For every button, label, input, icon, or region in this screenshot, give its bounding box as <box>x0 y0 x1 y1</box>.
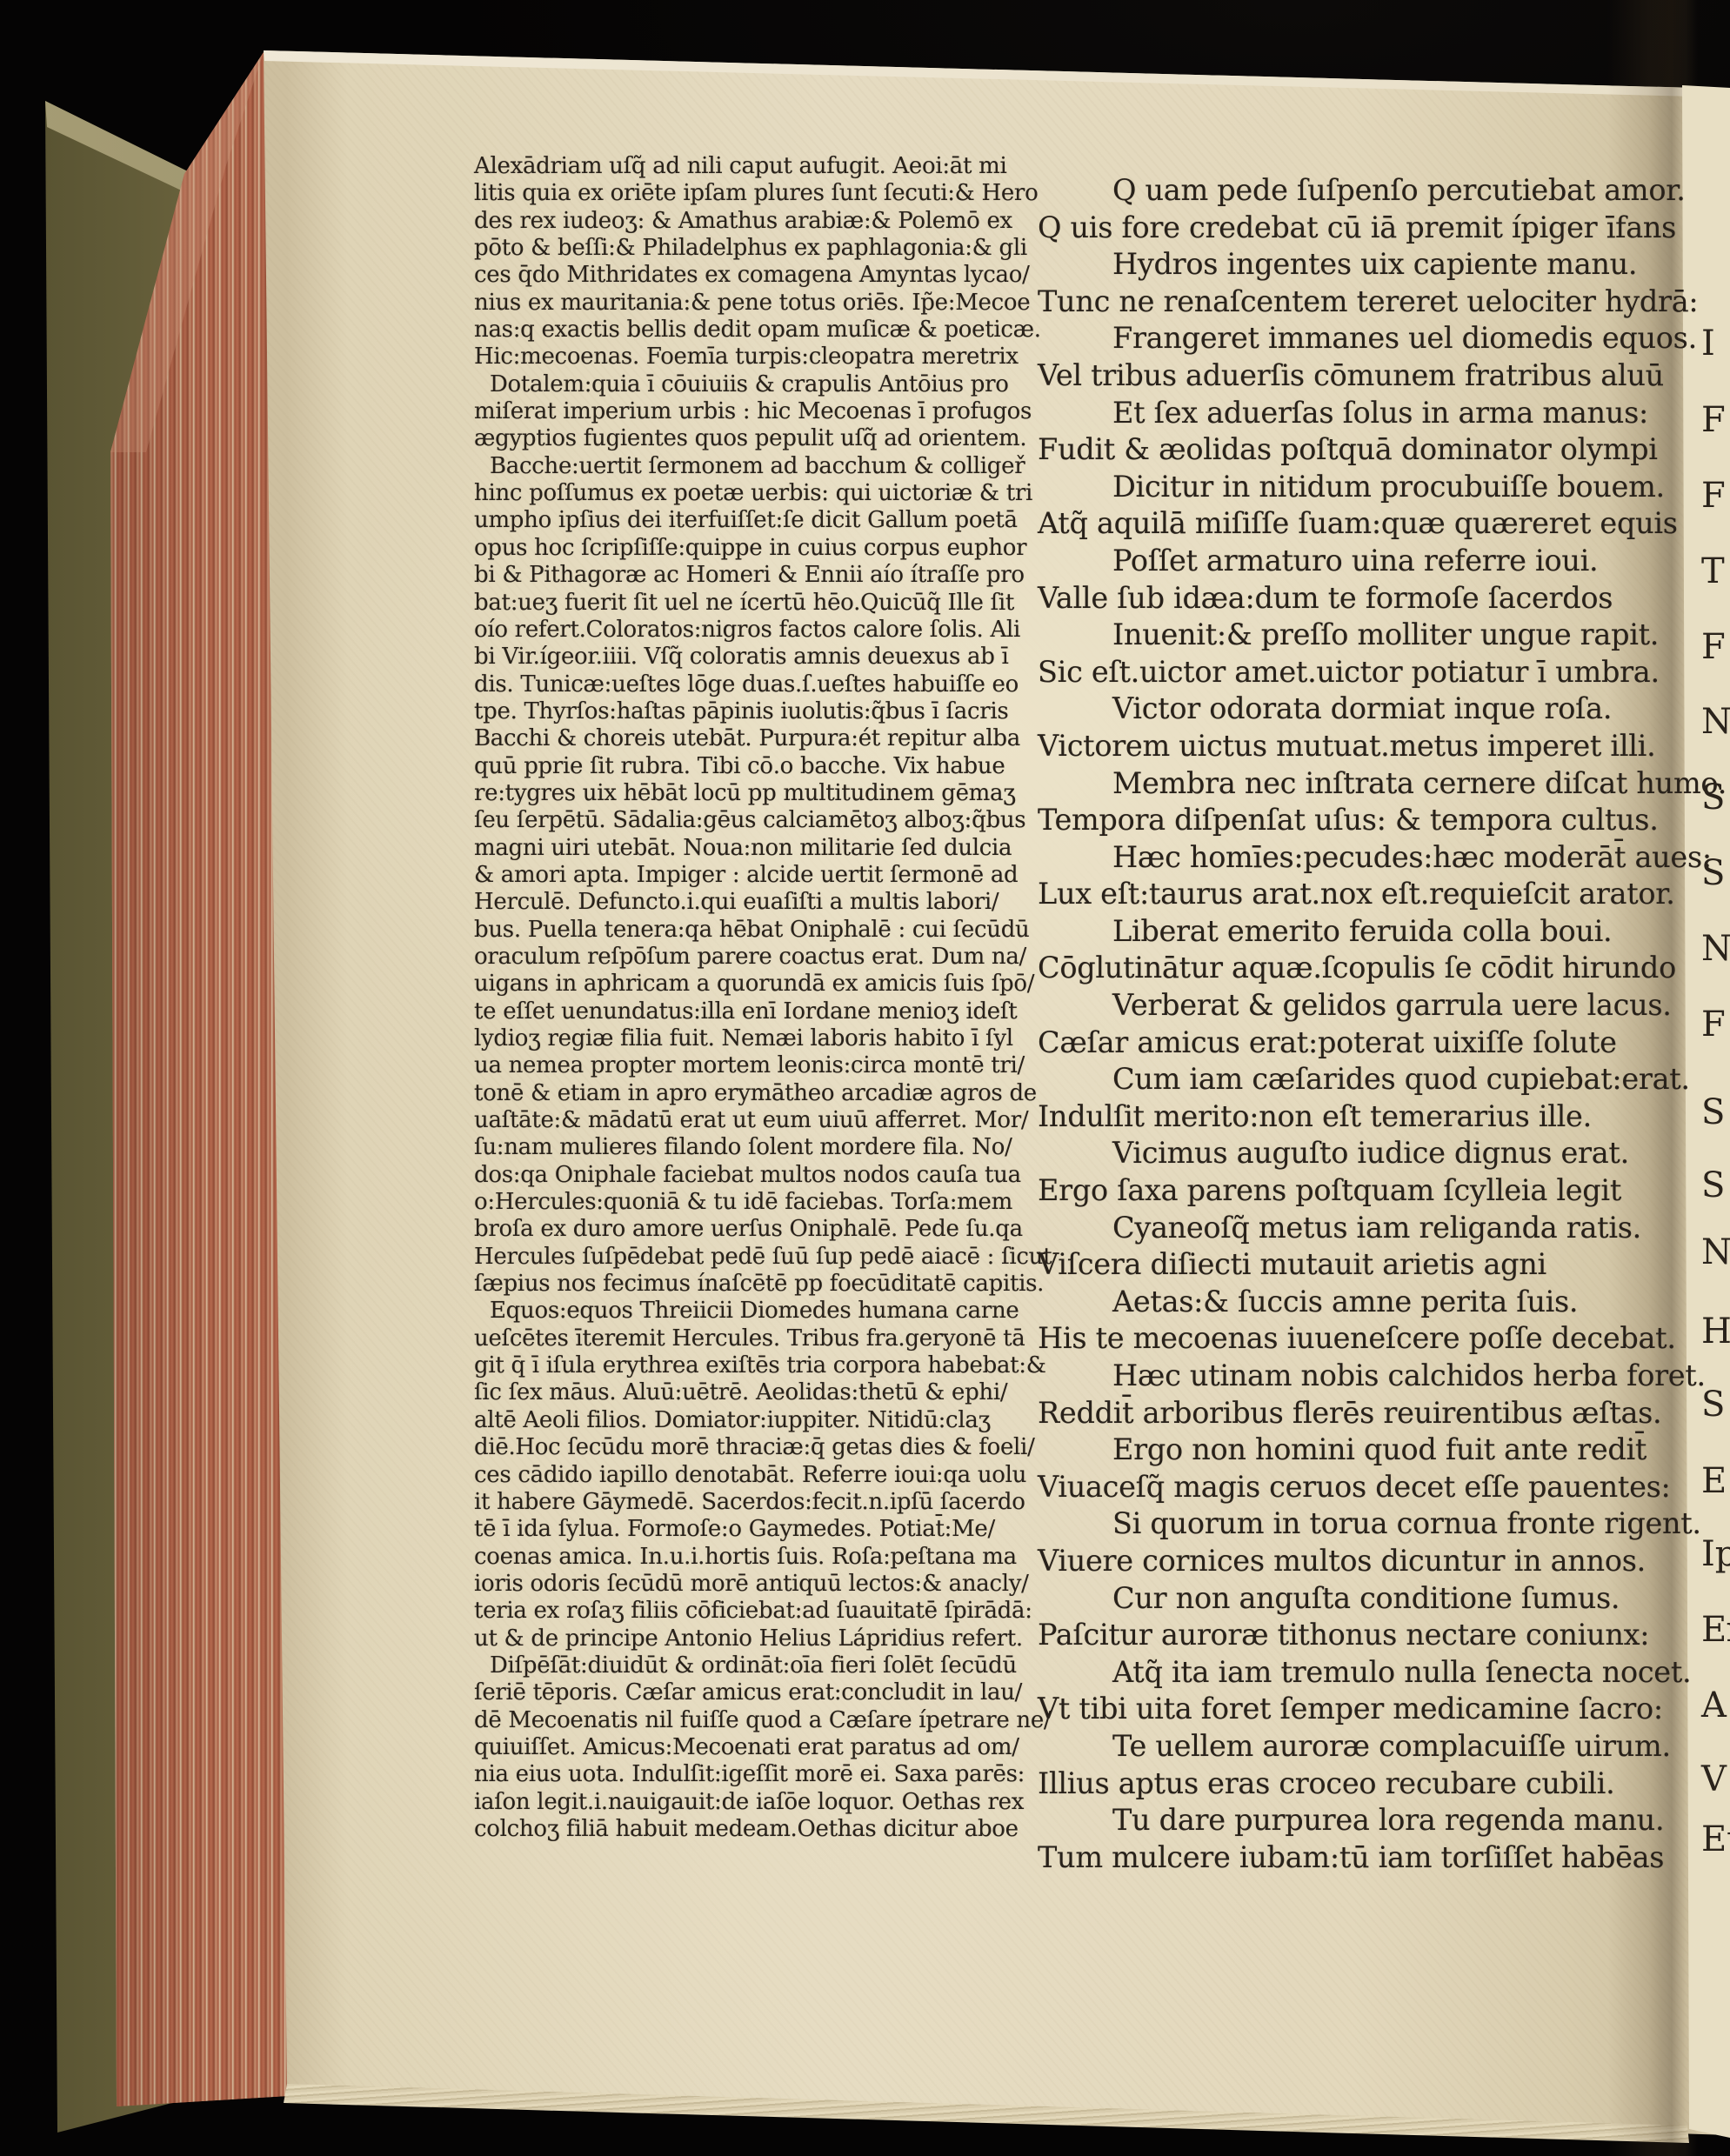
verse-line: Tunc ne renaſcentem tereret uelociter hy… <box>1038 284 1655 321</box>
verse-line: Lux eſt:taurus arat.nox eſt.requieſcit a… <box>1038 876 1655 913</box>
verse-line: Membra nec inſtrata cernere diſcat humo. <box>1038 765 1655 803</box>
commentary-line: uigans in aphricam a quorundā ex amicis … <box>474 971 1039 998</box>
commentary-line: colchoʒ filiā habuit medeam.Oethas dicit… <box>474 1816 1039 1843</box>
commentary-line: Bacche:uertit ſermonem ad bacchum & coll… <box>474 453 1039 480</box>
commentary-line: tē ī ida ſylua. Formoſe:o Gaymedes. Poti… <box>474 1516 1039 1543</box>
commentary-line: ſeriē tēporis. Cæſar amicus erat:conclud… <box>474 1679 1039 1706</box>
commentary-line: Dotalem:quia ī cōuiuiis & crapulis Antōi… <box>474 371 1039 398</box>
verse-line: Ergo ſaxa parens poſtquam ſcylleia legit <box>1038 1172 1655 1210</box>
commentary-line: ſeu ſerpētū. Sādalia:gēus calciamētoʒ al… <box>474 807 1039 834</box>
commentary-line: te eſſet uenundatus:illa enī Iordane men… <box>474 998 1039 1025</box>
commentary-line: miſerat imperium urbis : hic Mecoenas ī … <box>474 398 1039 425</box>
verse-line: Viuaceſq̃ magis ceruos decet eſſe pauent… <box>1038 1469 1655 1506</box>
facing-page-letter: S <box>1701 1385 1725 1425</box>
commentary-line: Diſpēſāt:diuidūt & ordināt:oīa fieri ſol… <box>474 1652 1039 1679</box>
verse-line: Hydros ingentes uix capiente manu. <box>1038 246 1655 284</box>
commentary-line: des rex iudeoʒ: & Amathus arabiæ:& Polem… <box>474 208 1039 235</box>
commentary-line: umpho ipſius dei iterfuiſſet:ſe dicit Ga… <box>474 507 1039 534</box>
verse-line: Vt tibi uita foret ſemper medicamine ſac… <box>1038 1691 1655 1728</box>
commentary-line: ueſcētes īteremit Hercules. Tribus fra.g… <box>474 1325 1039 1352</box>
commentary-line: it habere Gāymedē. Sacerdos:fecit.n.ipſū… <box>474 1489 1039 1516</box>
facing-page-letter: A <box>1701 1685 1727 1725</box>
commentary-line: iaſon legit.i.nauigauit:de iaſōe loquor.… <box>474 1789 1039 1816</box>
verse-line: Atq̃ aquilā miſiſſe ſuam:quæ quæreret eq… <box>1038 505 1655 543</box>
commentary-line: uaſtāte:& mādatū erat ut eum uiuū afferr… <box>474 1107 1039 1134</box>
commentary-line: lydioʒ regiæ filia fuit. Nemæi laboris h… <box>474 1025 1039 1052</box>
facing-page-letter: H <box>1701 1312 1730 1352</box>
commentary-line: bat:ueʒ fuerit ſit uel ne ícertū hēo.Qui… <box>474 590 1039 617</box>
facing-page-letter: S <box>1701 1165 1725 1205</box>
verse-line: Aetas:& ſuccis amne perita ſuis. <box>1038 1284 1655 1321</box>
commentary-line: Equos:equos Threiicii Diomedes humana ca… <box>474 1298 1039 1325</box>
verse-line: Si quorum in torua cornua fronte rigent. <box>1038 1505 1655 1543</box>
verse-line: Verberat & gelidos garrula uere lacus. <box>1038 987 1655 1025</box>
commentary-line: ces q̄do Mithridates ex comagena Amyntas… <box>474 262 1039 289</box>
facing-page-letter: Eu <box>1701 1819 1730 1859</box>
facing-page-letter: I <box>1701 324 1715 364</box>
verse-line: Viuere cornices multos dicuntur in annos… <box>1038 1543 1655 1580</box>
verse-line: Poſſet armaturo uina referre ioui. <box>1038 543 1655 580</box>
facing-page-letter: Ip <box>1701 1534 1730 1574</box>
facing-page-letter: T <box>1701 551 1725 591</box>
verse-column: Q uam pede ſuſpenſo percutiebat amor.Q u… <box>1038 172 1655 1876</box>
verse-line: Viſcera diſiecti mutauit arietis agni <box>1038 1246 1655 1284</box>
facing-page-letter: F <box>1701 1005 1726 1045</box>
commentary-line: dis. Tunicæ:ueſtes lōge duas.ſ.ueſtes ha… <box>474 671 1039 698</box>
commentary-line: quiuiſſet. Amicus:Mecoenati erat paratus… <box>474 1734 1039 1761</box>
commentary-line: ioris odoris ſecūdū morē antiquū lectos:… <box>474 1571 1039 1598</box>
verse-line: Victorem uictus mutuat.metus imperet ill… <box>1038 728 1655 765</box>
verse-line: Inuenit:& preſſo molliter ungue rapit. <box>1038 617 1655 654</box>
commentary-line: litis quia ex oriēte ipſam plures ſunt ſ… <box>474 180 1039 207</box>
verse-line: Cum iam cæſarides quod cupiebat:erat. <box>1038 1061 1655 1098</box>
commentary-line: re:tygres uix hēbāt locū pp multitudinem… <box>474 780 1039 807</box>
commentary-line: hinc poſſumus ex poetæ uerbis: qui uicto… <box>474 480 1039 507</box>
verse-line: Sic eſt.uictor amet.uictor potiatur ī um… <box>1038 654 1655 691</box>
verse-line: Reddit̄ arboribus flerēs reuirentibus æſ… <box>1038 1395 1655 1432</box>
verse-line: Valle ſub idæa:dum te formoſe ſacerdos <box>1038 580 1655 617</box>
facing-page-letter: F <box>1701 627 1726 667</box>
verse-line: Cyaneoſq̃ metus iam religanda ratis. <box>1038 1210 1655 1247</box>
commentary-column: Alexādriam uſq̃ ad nili caput aufugit. A… <box>474 153 1039 1843</box>
commentary-line: Hic:mecoenas. Foemīa turpis:cleopatra me… <box>474 344 1039 370</box>
verse-line: Liberat emerito feruida colla boui. <box>1038 913 1655 951</box>
commentary-line: oraculum reſpōſum parere coactus erat. D… <box>474 944 1039 971</box>
commentary-line: nas:q exactis bellis dedit opam muſicæ &… <box>474 317 1039 344</box>
verse-line: Vicimus auguſto iudice dignus erat. <box>1038 1135 1655 1172</box>
verse-line: Tum mulcere iubam:tū iam torſiſſet habēa… <box>1038 1839 1655 1877</box>
book-photograph: Alexādriam uſq̃ ad nili caput aufugit. A… <box>0 0 1730 2156</box>
commentary-line: Bacchi & choreis utebāt. Purpura:ét repi… <box>474 725 1039 752</box>
commentary-line: coenas amica. In.u.i.hortis ſuis. Roſa:p… <box>474 1544 1039 1571</box>
verse-line: Q uam pede ſuſpenſo percutiebat amor. <box>1038 172 1655 210</box>
verse-line: Et ſex aduerſas ſolus in arma manus: <box>1038 395 1655 432</box>
verse-line: Indulſit merito:non eſt temerarius ille. <box>1038 1098 1655 1136</box>
verse-line: Vel tribus aduerſis cōmunem fratribus al… <box>1038 357 1655 395</box>
commentary-line: ſic ſex māus. Aluū:uētrē. Aeolidas:thetū… <box>474 1379 1039 1406</box>
commentary-line: teria ex roſaʒ filiis cōficiebat:ad ſuau… <box>474 1598 1039 1625</box>
facing-page-letter: N <box>1701 1232 1730 1272</box>
commentary-line: & amori apta. Impiger : alcide uertit ſe… <box>474 862 1039 889</box>
verse-line: Cæſar amicus erat:poterat uixiſſe ſolute <box>1038 1025 1655 1062</box>
commentary-line: ut & de principe Antonio Helius Lápridiu… <box>474 1625 1039 1652</box>
commentary-line: quū pprie ſit rubra. Tibi cō.o bacche. V… <box>474 753 1039 780</box>
verse-line: Tempora diſpenſat uſus: & tempora cultus… <box>1038 802 1655 839</box>
commentary-line: Alexādriam uſq̃ ad nili caput aufugit. A… <box>474 153 1039 180</box>
commentary-line: git q̄ ī iſula erythrea exiſtēs tria cor… <box>474 1352 1039 1379</box>
commentary-line: dē Mecoenatis nil fuiſſe quod a Cæſare í… <box>474 1707 1039 1734</box>
verse-line: Cur non anguſta conditione ſumus. <box>1038 1580 1655 1618</box>
commentary-line: magni uiri utebāt. Noua:non militarie ſe… <box>474 835 1039 862</box>
commentary-line: ſu:nam mulieres filando ſolent mordere f… <box>474 1134 1039 1161</box>
verse-line: Tu dare purpurea lora regenda manu. <box>1038 1802 1655 1839</box>
verse-line: Atq̃ ita iam tremulo nulla ſenecta nocet… <box>1038 1654 1655 1692</box>
verse-line: Dicitur in nitidum procubuiſſe bouem. <box>1038 469 1655 506</box>
commentary-line: pōto & beſſi:& Philadelphus ex paphlagon… <box>474 235 1039 262</box>
verse-line: His te mecoenas iuueneſcere poſſe deceba… <box>1038 1320 1655 1358</box>
facing-page-letter: V <box>1701 1759 1727 1799</box>
commentary-line: dos:qa Oniphale faciebat multos nodos ca… <box>474 1162 1039 1189</box>
verse-line: Illius aptus eras croceo recubare cubili… <box>1038 1766 1655 1803</box>
commentary-line: altē Aeoli filios. Domiator:iuppiter. Ni… <box>474 1407 1039 1434</box>
commentary-line: tpe. Thyrſos:haſtas pāpinis iuolutis:q̃b… <box>474 698 1039 725</box>
facing-page-letter: N <box>1701 702 1730 742</box>
facing-page-letter: Ex <box>1701 1610 1730 1650</box>
commentary-line: nius ex mauritania:& pene totus oriēs. I… <box>474 290 1039 317</box>
verse-line: Frangeret immanes uel diomedis equos. <box>1038 320 1655 357</box>
commentary-line: ſæpius nos fecimus ínaſcētē pp foecūdita… <box>474 1271 1039 1298</box>
verse-line: Victor odorata dormiat inque roſa. <box>1038 691 1655 728</box>
commentary-line: nia eius uota. Indulſit:igeſſit morē ei.… <box>474 1761 1039 1788</box>
facing-page-letter: E <box>1701 1461 1727 1501</box>
commentary-line: bi Vir.ígeor.iiii. Vſq̃ coloratis amnis … <box>474 644 1039 671</box>
commentary-line: ces cādido iapillo denotabāt. Referre io… <box>474 1462 1039 1489</box>
commentary-line: bi & Pithagoræ ac Homeri & Ennii aío ítr… <box>474 562 1039 589</box>
verse-line: Te uellem auroræ complacuiſſe uirum. <box>1038 1728 1655 1766</box>
verse-line: Fudit & æolidas poſtquā dominator olympi <box>1038 431 1655 469</box>
facing-page-letter: S <box>1701 1092 1725 1132</box>
facing-page-letter: S <box>1701 853 1725 893</box>
commentary-line: broſa ex duro amore uerſus Oniphalē. Ped… <box>474 1216 1039 1243</box>
commentary-line: opus hoc ſcripſiſſe:quippe in cuius corp… <box>474 535 1039 562</box>
commentary-line: bus. Puella tenera:qa hēbat Oniphalē : c… <box>474 917 1039 944</box>
facing-page-letter: S <box>1701 778 1725 818</box>
facing-page-letter: N <box>1701 929 1730 969</box>
commentary-line: tonē & etiam in apro erymātheo arcadiæ a… <box>474 1080 1039 1107</box>
commentary-line: ua nemea propter mortem leonis:circa mon… <box>474 1052 1039 1079</box>
commentary-line: o:Hercules:quoniā & tu idē faciebas. Tor… <box>474 1189 1039 1216</box>
commentary-line: diē.Hoc ſecūdu morē thraciæ:q̄ getas die… <box>474 1434 1039 1461</box>
facing-page-letter: F <box>1701 400 1726 440</box>
commentary-line: oío refert.Coloratos:nigros factos calor… <box>474 617 1039 644</box>
commentary-line: Hercules ſuſpēdebat pedē ſuū ſup pedē ai… <box>474 1244 1039 1271</box>
verse-line: Hæc utinam nobis calchidos herba foret. <box>1038 1358 1655 1395</box>
facing-page-letter: F <box>1701 476 1726 516</box>
verse-line: Hæc homīes:pecudes:hæc moderāt̄ aues: <box>1038 839 1655 877</box>
verse-line: Cōglutinātur aquæ.ſcopulis ſe cōdit hiru… <box>1038 950 1655 987</box>
verse-line: Q uis fore credebat cū iā premit ípiger … <box>1038 210 1655 247</box>
verse-line: Ergo non homini quod fuit ante redit̄ <box>1038 1432 1655 1469</box>
commentary-line: ægyptios fugientes quos pepulit uſq̃ ad … <box>474 425 1039 452</box>
verse-line: Paſcitur auroræ tithonus nectare coniunx… <box>1038 1617 1655 1654</box>
commentary-line: Herculē. Defuncto.i.qui euaſiſti a multi… <box>474 889 1039 916</box>
